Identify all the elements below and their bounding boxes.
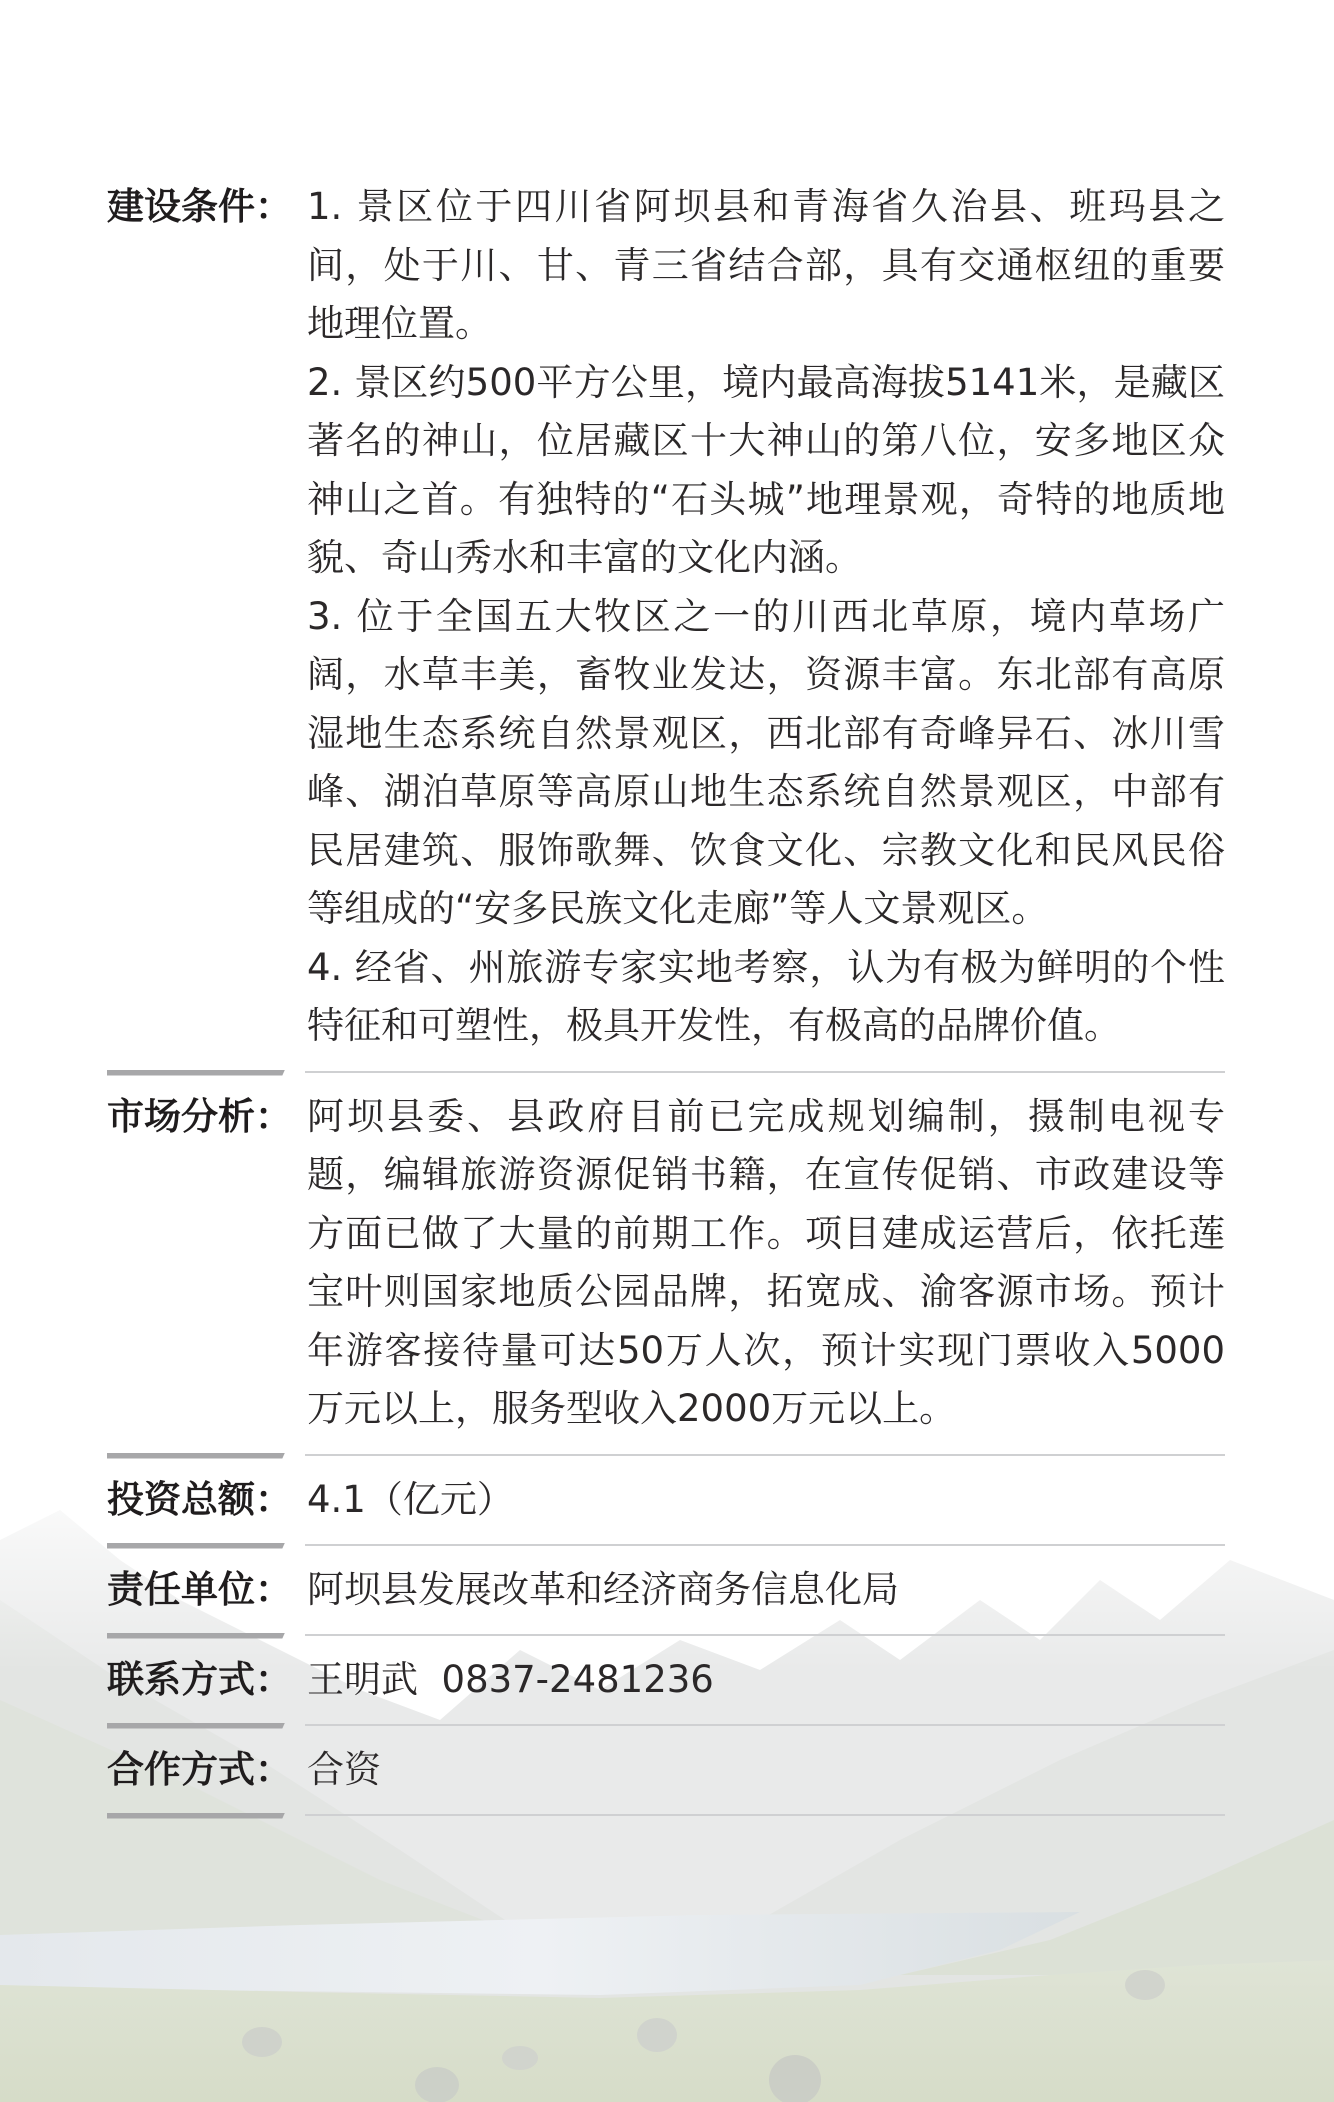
section-divider: [107, 1633, 1227, 1639]
section-divider: [107, 1543, 1227, 1549]
section-divider: [107, 1453, 1227, 1459]
section-divider: [107, 1723, 1227, 1729]
cooperation-section: 合作方式： 合资: [107, 1741, 1227, 1799]
construction-conditions-list: 1. 景区位于四川省阿坝县和青海省久治县、班玛县之间，处于川、甘、青三省结合部，…: [307, 178, 1227, 1056]
construction-condition-item: 2. 景区约500平方公里，境内最高海拔5141米，是藏区著名的神山，位居藏区十…: [307, 354, 1225, 588]
investment-total-label: 投资总额：: [107, 1471, 307, 1529]
section-divider: [107, 1070, 1227, 1076]
divider-thick-bar: [107, 1813, 285, 1819]
responsible-unit-section: 责任单位： 阿坝县发展改革和经济商务信息化局: [107, 1561, 1227, 1619]
divider-thin-line: [305, 1544, 1225, 1546]
divider-thin-line: [305, 1724, 1225, 1726]
divider-thin-line: [305, 1454, 1225, 1456]
divider-thick-bar: [107, 1633, 285, 1639]
investment-total-section: 投资总额： 4.1（亿元）: [107, 1471, 1227, 1529]
market-analysis-label: 市场分析：: [107, 1088, 307, 1147]
investment-total-value: 4.1（亿元）: [307, 1471, 1227, 1529]
divider-thick-bar: [107, 1453, 285, 1459]
contact-section: 联系方式： 王明武 0837-2481236: [107, 1651, 1227, 1709]
contact-value: 王明武 0837-2481236: [307, 1651, 1227, 1709]
responsible-unit-label: 责任单位：: [107, 1561, 307, 1619]
section-divider: [107, 1813, 1227, 1819]
divider-thin-line: [305, 1071, 1225, 1073]
contact-label: 联系方式：: [107, 1651, 307, 1709]
divider-thick-bar: [107, 1070, 285, 1076]
project-details: 建设条件： 1. 景区位于四川省阿坝县和青海省久治县、班玛县之间，处于川、甘、青…: [107, 178, 1227, 1831]
cooperation-value: 合资: [307, 1741, 1227, 1799]
responsible-unit-value: 阿坝县发展改革和经济商务信息化局: [307, 1561, 1227, 1619]
construction-condition-item: 1. 景区位于四川省阿坝县和青海省久治县、班玛县之间，处于川、甘、青三省结合部，…: [307, 178, 1225, 354]
market-analysis-section: 市场分析： 阿坝县委、县政府目前已完成规划编制，摄制电视专题，编辑旅游资源促销书…: [107, 1088, 1227, 1439]
market-analysis-text: 阿坝县委、县政府目前已完成规划编制，摄制电视专题，编辑旅游资源促销书籍，在宣传促…: [307, 1088, 1227, 1439]
construction-conditions-section: 建设条件： 1. 景区位于四川省阿坝县和青海省久治县、班玛县之间，处于川、甘、青…: [107, 178, 1227, 1056]
construction-condition-item: 4. 经省、州旅游专家实地考察，认为有极为鲜明的个性特征和可塑性，极具开发性，有…: [307, 939, 1225, 1056]
divider-thick-bar: [107, 1723, 285, 1729]
divider-thin-line: [305, 1814, 1225, 1816]
construction-conditions-label: 建设条件：: [107, 178, 307, 237]
construction-condition-item: 3. 位于全国五大牧区之一的川西北草原，境内草场广阔，水草丰美，畜牧业发达，资源…: [307, 588, 1225, 939]
cooperation-label: 合作方式：: [107, 1741, 307, 1799]
divider-thick-bar: [107, 1543, 285, 1549]
divider-thin-line: [305, 1634, 1225, 1636]
